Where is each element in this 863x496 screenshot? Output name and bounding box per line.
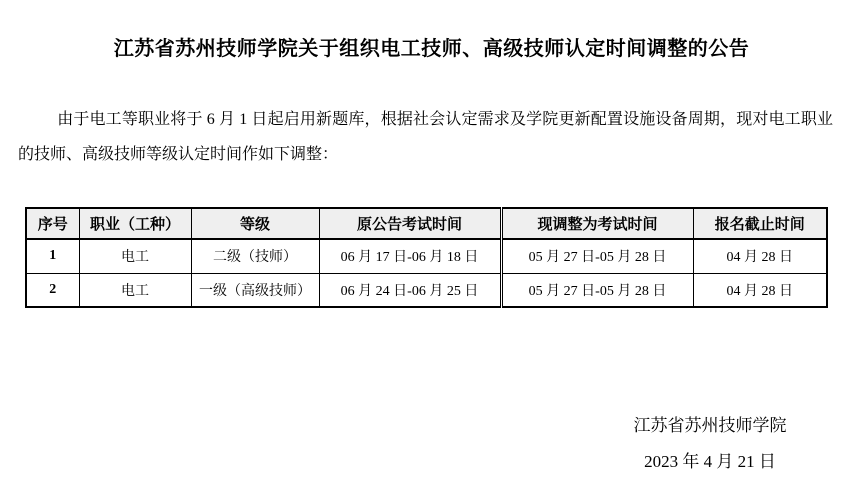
signature-org: 江苏省苏州技师学院 [595, 408, 825, 444]
cell-adjusted-exam-time: 05 月 27 日-05 月 28 日 [501, 273, 693, 307]
notice-page: 江苏省苏州技师学院关于组织电工技师、高级技师认定时间调整的公告 由于电工等职业将… [0, 0, 863, 496]
cell-index: 1 [26, 239, 79, 273]
cell-occupation: 电工 [79, 273, 191, 307]
cell-registration-deadline: 04 月 28 日 [693, 239, 827, 273]
cell-original-exam-time: 06 月 24 日-06 月 25 日 [319, 273, 501, 307]
col-header-original-exam-time: 原公告考试时间 [319, 208, 501, 239]
table-row: 1 电工 二级（技师） 06 月 17 日-06 月 18 日 05 月 27 … [26, 239, 827, 273]
col-header-index: 序号 [26, 208, 79, 239]
notice-body-paragraph: 由于电工等职业将于 6 月 1 日起启用新题库，根据社会认定需求及学院更新配置设… [18, 102, 833, 172]
cell-level: 一级（高级技师） [191, 273, 319, 307]
cell-adjusted-exam-time: 05 月 27 日-05 月 28 日 [501, 239, 693, 273]
table-header-row: 序号 职业（工种） 等级 原公告考试时间 现调整为考试时间 报名截止时间 [26, 208, 827, 239]
col-header-adjusted-exam-time: 现调整为考试时间 [501, 208, 693, 239]
signature-block: 江苏省苏州技师学院 2023 年 4 月 21 日 [595, 408, 825, 480]
signature-date: 2023 年 4 月 21 日 [595, 444, 825, 480]
notice-title: 江苏省苏州技师学院关于组织电工技师、高级技师认定时间调整的公告 [0, 0, 863, 62]
cell-registration-deadline: 04 月 28 日 [693, 273, 827, 307]
exam-schedule-table: 序号 职业（工种） 等级 原公告考试时间 现调整为考试时间 报名截止时间 1 电… [25, 207, 828, 308]
table-row: 2 电工 一级（高级技师） 06 月 24 日-06 月 25 日 05 月 2… [26, 273, 827, 307]
col-header-registration-deadline: 报名截止时间 [693, 208, 827, 239]
cell-original-exam-time: 06 月 17 日-06 月 18 日 [319, 239, 501, 273]
col-header-level: 等级 [191, 208, 319, 239]
cell-index: 2 [26, 273, 79, 307]
col-header-occupation: 职业（工种） [79, 208, 191, 239]
cell-occupation: 电工 [79, 239, 191, 273]
cell-level: 二级（技师） [191, 239, 319, 273]
